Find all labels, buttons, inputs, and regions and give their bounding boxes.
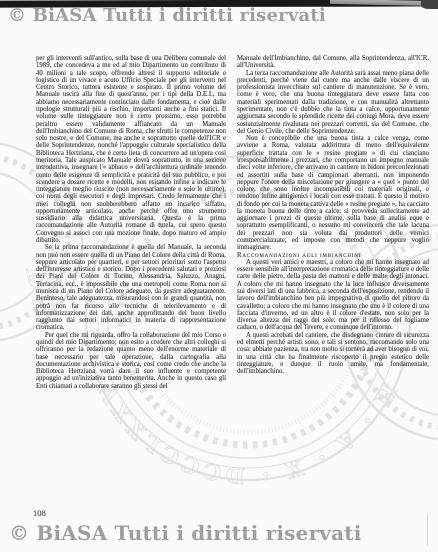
paragraph: A questi veri amici e maestri, a coloro … [237,259,429,332]
page-number: 108 [33,508,46,518]
copyright-watermark-top: © BiASA Tutti i diritti riservati [8,5,326,26]
paragraph: Se la prima raccomandazione è quella del… [36,244,226,331]
scan-corner-shadow [421,0,438,9]
scanned-book-page: D E H · A · X · DCCCLXXV © BiASA Tutt [0,0,438,552]
copyright-watermark-bottom: © BiASA Tutti i diritti riservati [9,521,362,545]
paragraph: per gli interventi sull'antico, sulla ba… [36,55,226,244]
paragraph: La terza raccomandazione alle Autorità s… [237,70,429,136]
section-heading: Raccomandazioni agli imbianchini [237,252,429,259]
paragraph: Non è concepibile che una buona tinta a … [237,135,429,252]
paragraph: Manuale dell'Imbianchino, dal Comune, al… [237,55,429,70]
paragraph: A questi acrobati del cantiere, che disd… [237,332,429,376]
text-column-right: Manuale dell'Imbianchino, dal Comune, al… [237,55,429,425]
paragraph: Per quel che mi riguarda, offro la colla… [36,332,226,390]
page-text: per gli interventi sull'antico, sulla ba… [0,0,438,552]
text-column-left: per gli interventi sull'antico, sulla ba… [36,55,226,425]
